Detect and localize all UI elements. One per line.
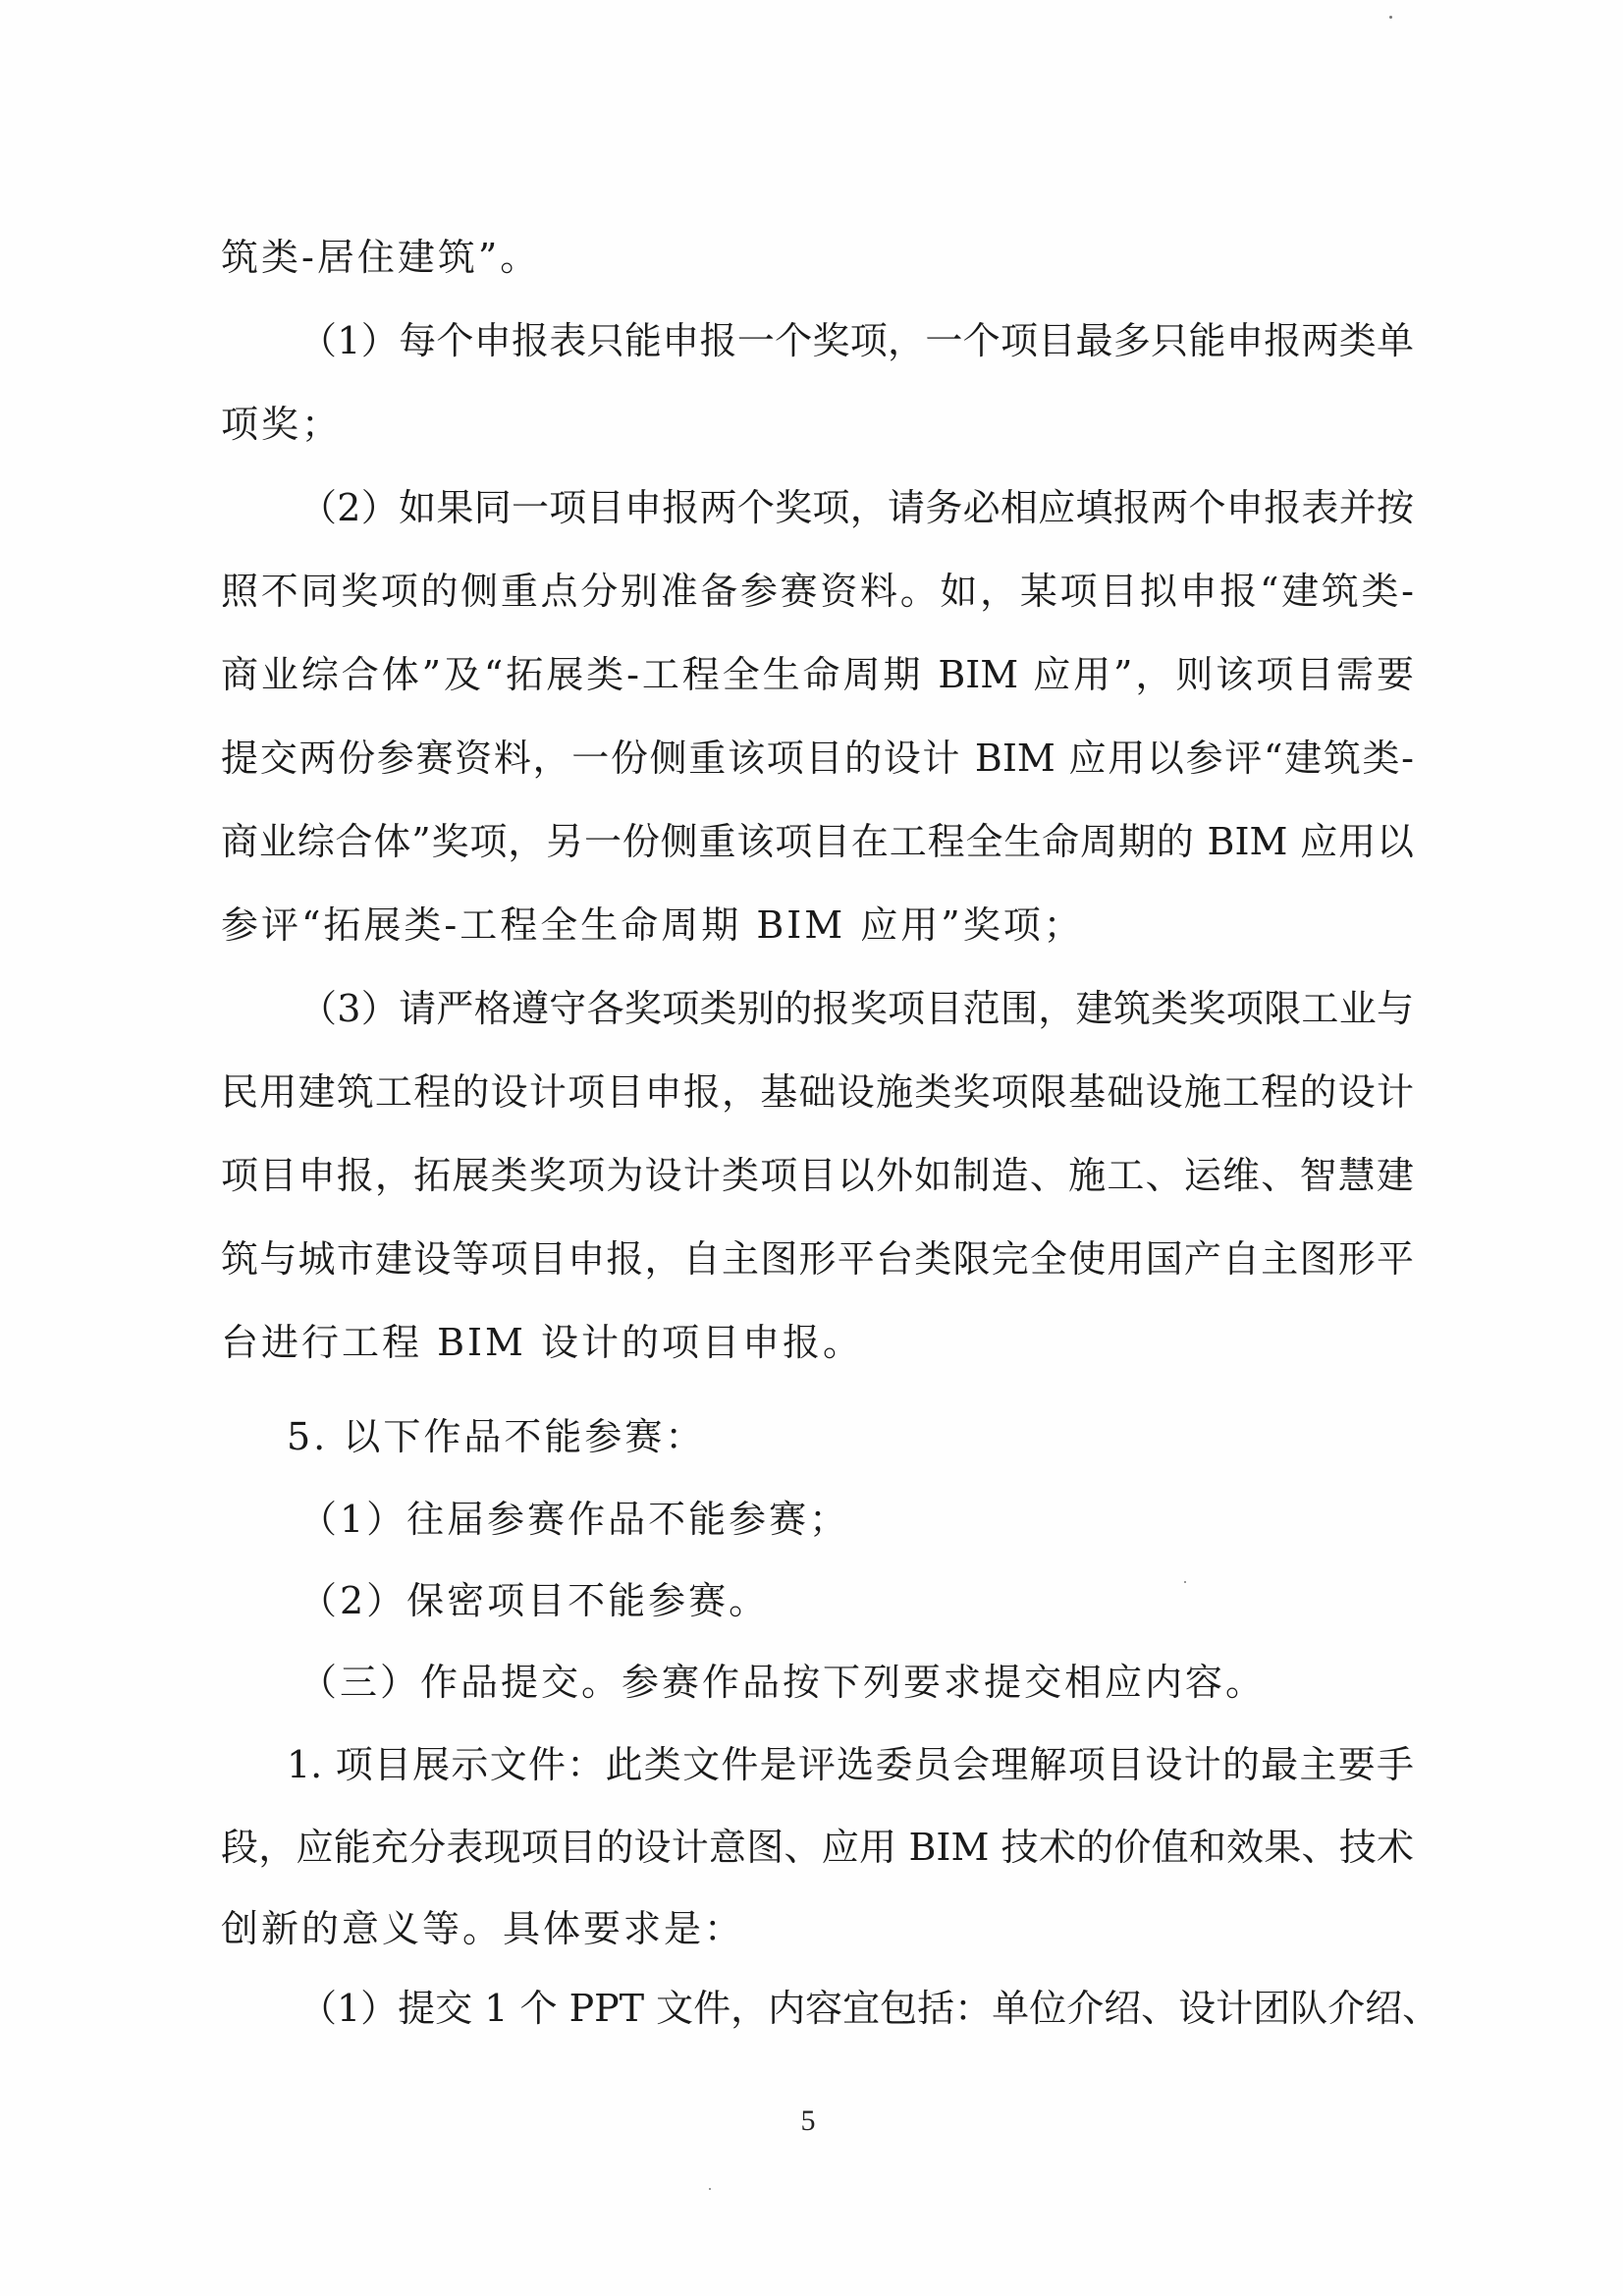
item-1-sub-1-line-1: （1）提交 1 个 PPT 文件，内容宜包括：单位介绍、设计团队介绍、 [299,1979,1414,2038]
paragraph-item-3-line-1: （3）请严格遵守各奖项类别的报奖项目范围，建筑类奖项限工业与 [299,979,1414,1038]
paragraph-item-2-line-2: 照不同奖项的侧重点分别准备参赛资料。如，某项目拟申报“建筑类- [221,562,1414,621]
item-1-project-files-line-3: 创新的意义等。具体要求是： [221,1899,1414,1958]
paragraph-item-2-line-3: 商业综合体”及“拓展类-工程全生命周期 BIM 应用”，则该项目需要 [221,645,1414,704]
paragraph-line-continuation: 筑类-居住建筑”。 [221,228,1414,287]
scan-speck [709,2188,711,2190]
page-number: 5 [788,2097,828,2146]
paragraph-item-2-line-5: 商业综合体”奖项，另一份侧重该项目在工程全生命周期的 BIM 应用以 [221,812,1414,871]
paragraph-item-3-line-3: 项目申报，拓展类奖项为设计类项目以外如制造、施工、运维、智慧建 [221,1146,1414,1205]
scan-speck [1389,16,1392,19]
paragraph-item-2-line-6: 参评“拓展类-工程全生命周期 BIM 应用”奖项； [221,896,1414,955]
item-1-project-files-line-1: 1. 项目展示文件：此类文件是评选委员会理解项目设计的最主要手 [287,1735,1414,1794]
paragraph-item-3-line-2: 民用建筑工程的设计项目申报，基础设施类奖项限基础设施工程的设计 [221,1063,1414,1121]
section-5-item-1: （1）往届参赛作品不能参赛； [299,1490,1414,1549]
paragraph-item-2-line-1: （2）如果同一项目申报两个奖项，请务必相应填报两个申报表并按 [299,478,1414,537]
document-page: 筑类-居住建筑”。 （1）每个申报表只能申报一个奖项，一个项目最多只能申报两类单… [0,0,1623,2296]
section-5-heading: 5. 以下作品不能参赛： [287,1407,1414,1466]
scan-speck [1184,1581,1186,1583]
section-5-item-2: （2）保密项目不能参赛。 [299,1571,1414,1630]
paragraph-item-1-line-1: （1）每个申报表只能申报一个奖项，一个项目最多只能申报两类单 [299,311,1414,370]
section-3-heading: （三）作品提交。参赛作品按下列要求提交相应内容。 [299,1653,1414,1712]
item-1-project-files-line-2: 段，应能充分表现项目的设计意图、应用 BIM 技术的价值和效果、技术 [221,1818,1414,1877]
paragraph-item-3-line-4: 筑与城市建设等项目申报，自主图形平台类限完全使用国产自主图形平 [221,1230,1414,1288]
paragraph-item-2-line-4: 提交两份参赛资料，一份侧重该项目的设计 BIM 应用以参评“建筑类- [221,729,1414,788]
paragraph-item-1-line-2: 项奖； [221,395,1414,454]
paragraph-item-3-line-5: 台进行工程 BIM 设计的项目申报。 [221,1313,1414,1372]
